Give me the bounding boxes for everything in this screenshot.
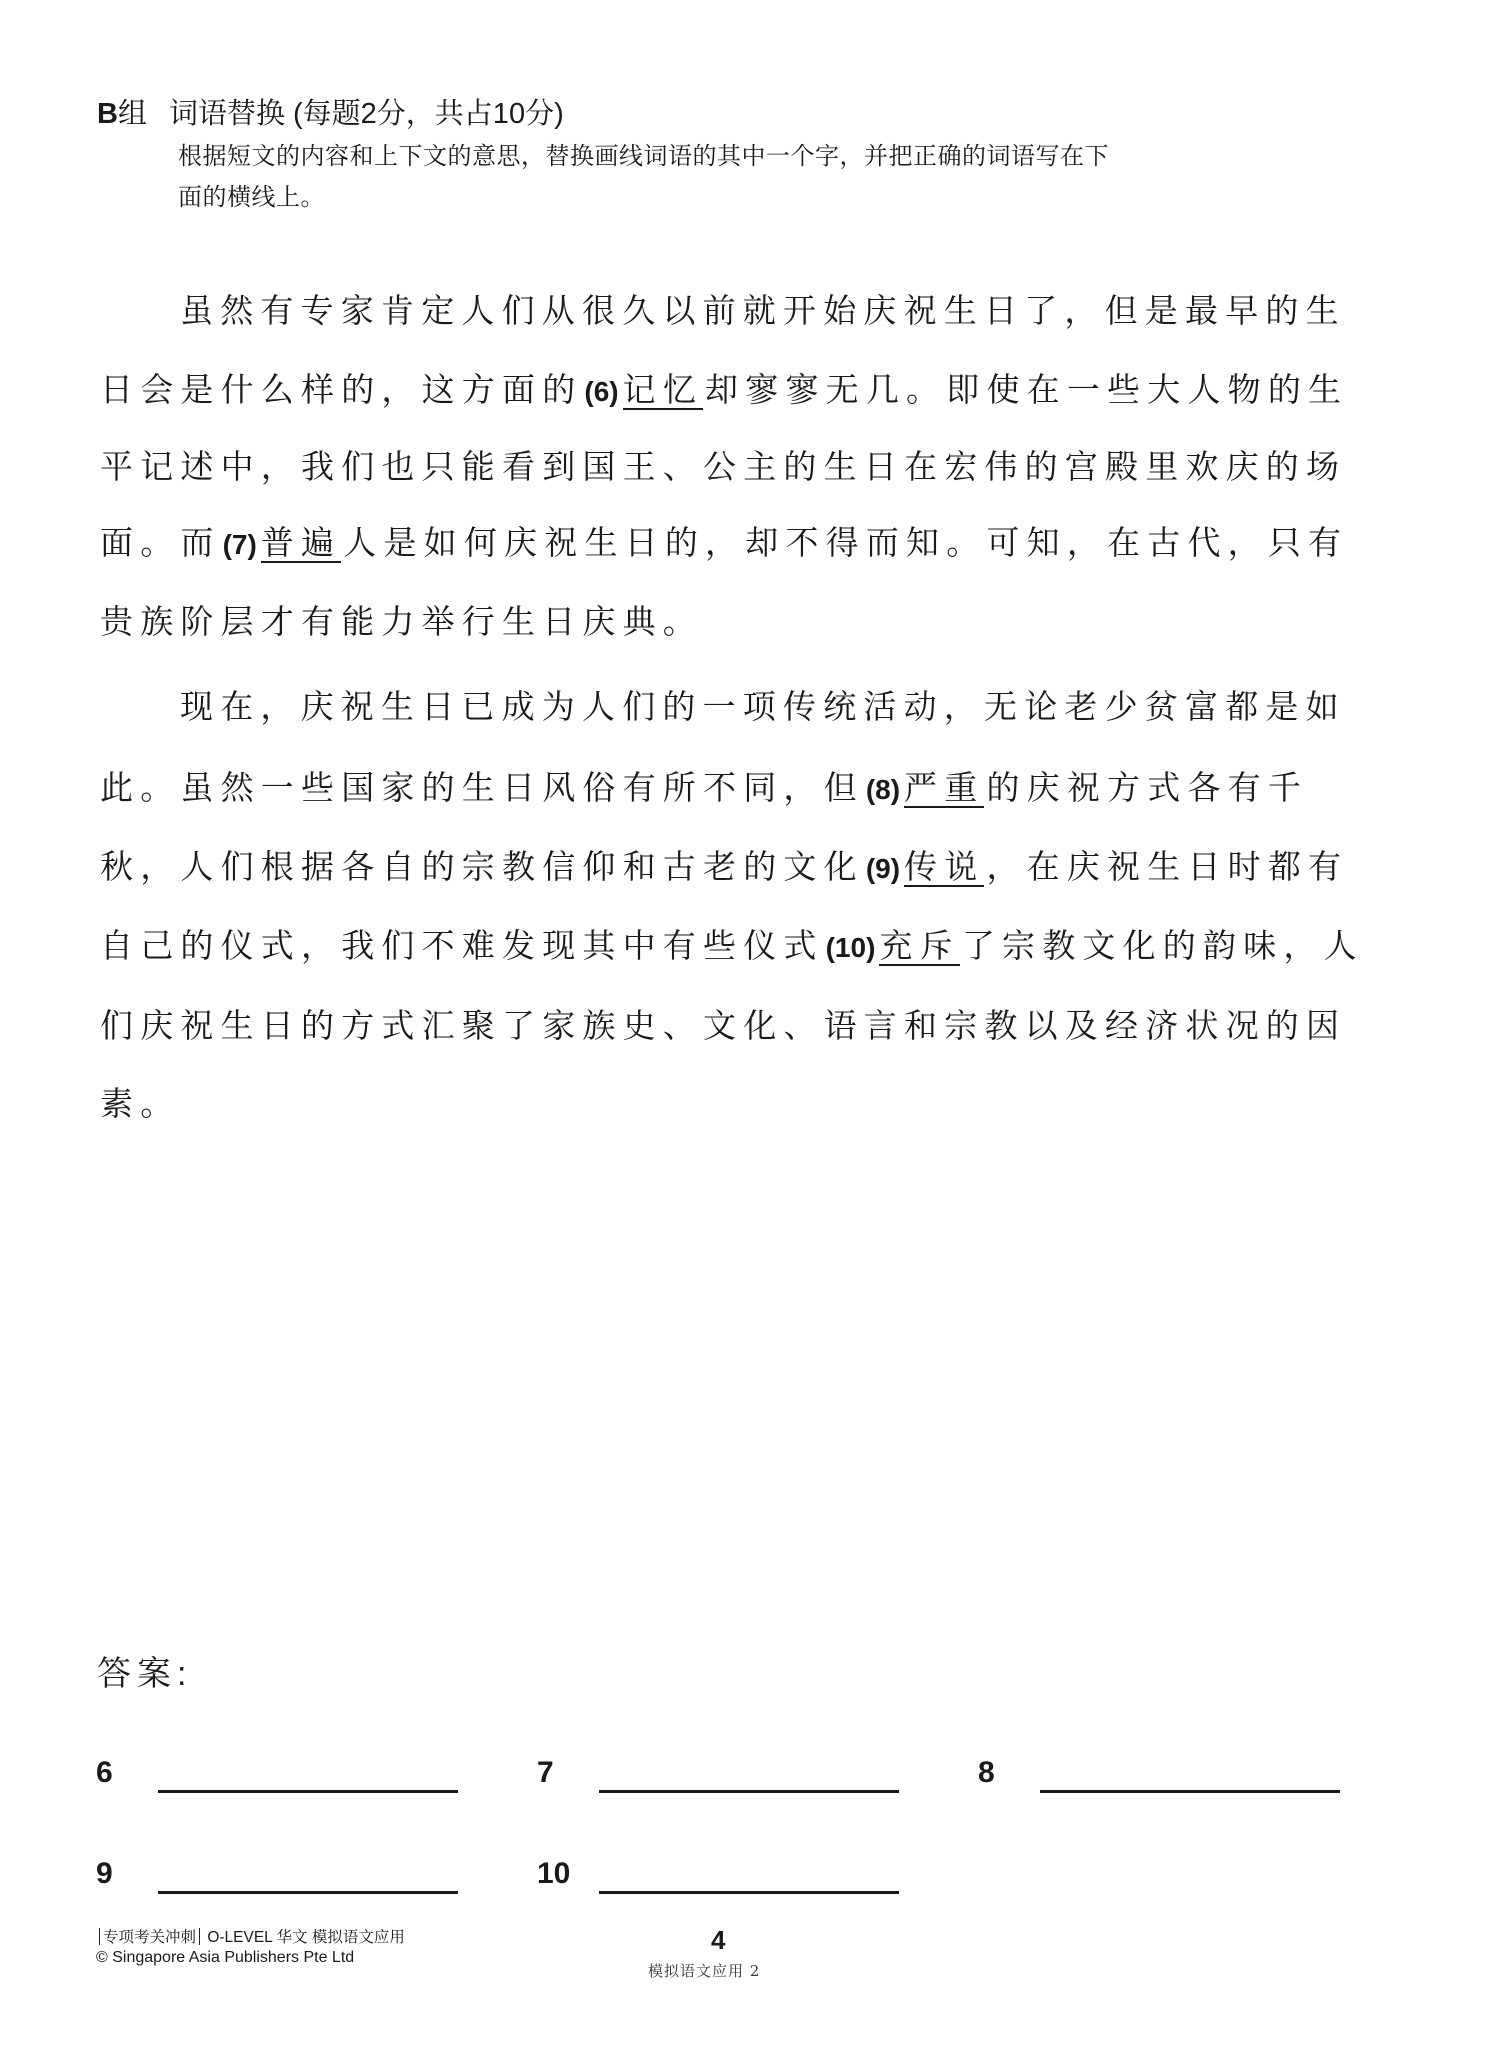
divider xyxy=(99,1928,100,1945)
question-number-7: (7) xyxy=(223,529,257,560)
passage-line: 此。虽然一些国家的生日风俗有所不同，但(8)严重的庆祝方式各有千 xyxy=(100,770,1308,808)
group-letter: B xyxy=(97,98,118,130)
answer-blank-7[interactable] xyxy=(599,1790,899,1793)
line-text: 素。 xyxy=(100,1084,180,1123)
section-heading: B组词语替换 (每题2分，共占10分) xyxy=(97,98,564,130)
underlined-word-6: 记忆 xyxy=(623,374,703,410)
answer-number: 9 xyxy=(96,1859,113,1889)
footer-series-name: 专项考关冲刺 xyxy=(103,1929,196,1946)
line-text: 此。虽然一些国家的生日风俗有所不同，但 xyxy=(100,768,864,807)
section-title: 词语替换 (每题2分，共占10分) xyxy=(169,98,564,130)
page-subtitle: 模拟语文应用 2 xyxy=(648,1962,760,1980)
line-text: 虽然有专家肯定人们从很久以前就开始庆祝生日了，但是最早的生 xyxy=(180,291,1346,330)
passage-line: 自己的仪式，我们不难发现其中有些仪式(10)充斥了宗教文化的韵味，人 xyxy=(100,928,1364,966)
line-text: ，在庆祝生日时都有 xyxy=(986,847,1348,886)
group-suffix: 组 xyxy=(118,98,147,130)
line-text: 秋，人们根据各自的宗教信仰和古老的文化 xyxy=(100,847,864,886)
footer-copyright: © Singapore Asia Publishers Pte Ltd xyxy=(96,1948,354,1967)
answer-number: 6 xyxy=(96,1758,113,1788)
line-text: 们庆祝生日的方式汇聚了家族史、文化、语言和宗教以及经济状况的因 xyxy=(100,1006,1346,1045)
instruction-line-1: 根据短文的内容和上下文的意思，替换画线词语的其中一个字，并把正确的词语写在下 xyxy=(178,143,1109,171)
underlined-word-10: 充斥 xyxy=(879,930,959,966)
underlined-word-9: 传说 xyxy=(904,851,984,887)
question-number-10: (10) xyxy=(826,932,876,963)
answer-number: 7 xyxy=(537,1758,554,1788)
question-number-9: (9) xyxy=(866,853,900,884)
line-text: 贵族阶层才有能力举行生日庆典。 xyxy=(100,602,703,641)
answer-number: 10 xyxy=(537,1859,570,1889)
line-text: 面。而 xyxy=(100,523,221,562)
line-text: 自己的仪式，我们不难发现其中有些仪式 xyxy=(100,926,824,965)
passage-line: 面。而(7)普遍人是如何庆祝生日的，却不得而知。可知，在古代，只有 xyxy=(100,525,1348,563)
question-number-6: (6) xyxy=(584,376,618,407)
line-text: 了宗教文化的韵味，人 xyxy=(962,926,1364,965)
line-text: 的庆祝方式各有千 xyxy=(986,768,1308,807)
answer-blank-10[interactable] xyxy=(599,1891,899,1894)
passage-line: 日会是什么样的，这方面的(6)记忆却寥寥无几。即使在一些大人物的生 xyxy=(100,372,1348,410)
line-text: 却寥寥无几。即使在一些大人物的生 xyxy=(705,370,1348,409)
underlined-word-8: 严重 xyxy=(904,772,984,808)
passage-line: 虽然有专家肯定人们从很久以前就开始庆祝生日了，但是最早的生 xyxy=(180,293,1346,329)
passage-line: 素。 xyxy=(100,1086,180,1122)
line-text: 日会是什么样的，这方面的 xyxy=(100,370,582,409)
line-text: 现在，庆祝生日已成为人们的一项传统活动，无论老少贫富都是如 xyxy=(180,687,1346,726)
passage-line: 贵族阶层才有能力举行生日庆典。 xyxy=(100,604,703,640)
divider xyxy=(199,1928,200,1945)
line-text: 人是如何庆祝生日的，却不得而知。可知，在古代，只有 xyxy=(343,523,1348,562)
passage-line: 平记述中，我们也只能看到国王、公主的生日在宏伟的宫殿里欢庆的场 xyxy=(100,449,1346,485)
answer-blank-8[interactable] xyxy=(1040,1790,1340,1793)
answer-blank-6[interactable] xyxy=(158,1790,458,1793)
answer-number: 8 xyxy=(978,1758,995,1788)
passage-line: 现在，庆祝生日已成为人们的一项传统活动，无论老少贫富都是如 xyxy=(180,689,1346,725)
footer-book-title: O-LEVEL 华文 模拟语文应用 xyxy=(207,1929,405,1946)
answers-title: 答案: xyxy=(97,1654,192,1694)
footer-series: 专项考关冲刺 O-LEVEL 华文 模拟语文应用 xyxy=(96,1928,405,1947)
underlined-word-7: 普遍 xyxy=(261,527,341,563)
line-text: 平记述中，我们也只能看到国王、公主的生日在宏伟的宫殿里欢庆的场 xyxy=(100,447,1346,486)
page-number: 4 xyxy=(711,1926,725,1954)
passage-line: 们庆祝生日的方式汇聚了家族史、文化、语言和宗教以及经济状况的因 xyxy=(100,1008,1346,1044)
question-number-8: (8) xyxy=(866,774,900,805)
passage-line: 秋，人们根据各自的宗教信仰和古老的文化(9)传说，在庆祝生日时都有 xyxy=(100,849,1348,887)
instruction-line-2: 面的横线上。 xyxy=(178,184,325,212)
answer-blank-9[interactable] xyxy=(158,1891,458,1894)
